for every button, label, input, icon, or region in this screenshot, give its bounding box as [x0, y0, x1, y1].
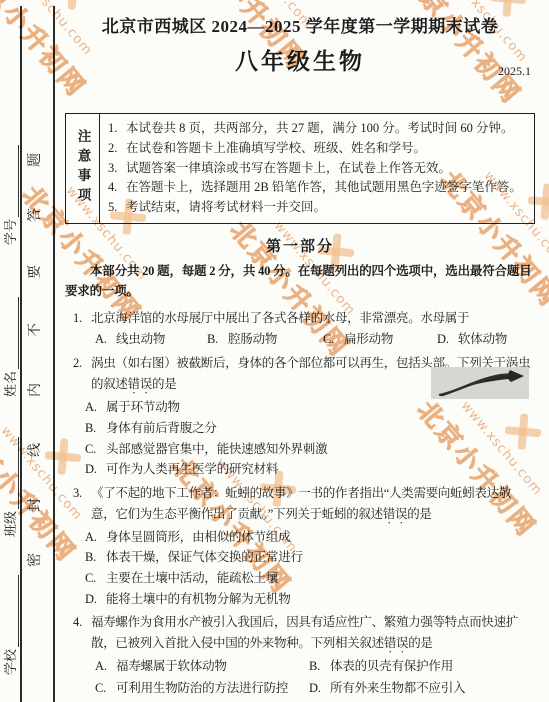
option-text: 主要在土壤中活动，能疏松土壤	[106, 571, 278, 585]
seal-label-school: 学校	[1, 525, 19, 675]
question-text-segment: 《了不起的地下工作者：蚯蚓的故事》一书的作者指出“人类需要向蚯蚓表达敬意，它们为…	[91, 486, 511, 521]
seal-char: 封	[27, 496, 45, 514]
option-d: D.软体动物	[437, 329, 535, 351]
option-text: 福寿螺属于软体动物	[116, 659, 227, 673]
question-text-segment: 北京海洋馆的水母展厅中展出了各式各样的水母，非常漂亮。水母属于	[91, 311, 469, 325]
subject-title: 八年级生物	[65, 43, 535, 76]
question-text: 4.福寿螺作为食用水产被引入我国后，因具有适应性广、繁殖力强等特点而快速扩散，已…	[65, 612, 535, 656]
seal-label-text: 学校	[0, 649, 19, 675]
option-label: D.	[309, 678, 326, 700]
option-text: 身体呈圆筒形，由相似的体节组成	[106, 530, 291, 544]
seal-char: 线	[27, 441, 45, 459]
question-text: 3.《了不起的地下工作者：蚯蚓的故事》一书的作者指出“人类需要向蚯蚓表达敬意，它…	[65, 483, 535, 527]
notice-item-5: 5.考试结束，请将考试材料一并交回。	[108, 198, 530, 218]
option-label: A.	[95, 656, 112, 678]
question-2: 2.涡虫（如右图）被截断后，身体的各个部位都可以再生，包括头部。下列关于涡虫的叙…	[65, 353, 535, 479]
seal-label-text: 姓名	[0, 371, 19, 397]
emphasized-text: 错误	[128, 377, 152, 391]
option-a: A.线虫动物	[95, 329, 207, 351]
question-4: 4.福寿螺作为食用水产被引入我国后，因具有适应性广、繁殖力强等特点而快速扩散，已…	[65, 612, 535, 699]
notice-item-3: 3.试题答案一律填涂或书写在答题卡上，在试卷上作答无效。	[108, 159, 530, 179]
option-text: 所有外来生物都不应引入	[330, 681, 465, 695]
option-text: 腔肠动物	[228, 332, 277, 346]
seal-label-student-id: 学号	[1, 95, 19, 245]
notice-header-label: 注意事项	[73, 129, 93, 207]
option-b: B.腔肠动物	[207, 329, 323, 351]
question-text-segment: 的是	[407, 507, 431, 521]
option-b: B.体表的贝壳有保护作用	[309, 656, 535, 678]
notice-item-text: 本试卷共 8 页，共两部分，共 27 题，满分 100 分。考试时间 60 分钟…	[126, 119, 514, 139]
question-number: 3.	[73, 483, 91, 504]
option-text: 可利用生物防治的方法进行防控	[116, 681, 288, 695]
options-2: A.属于环节动物B.身体有前后背腹之分C.头部感觉器官集中，能快速感知外界刺激D…	[65, 397, 535, 479]
question-list: 1.北京海洋馆的水母展厅中展出了各式各样的水母，非常漂亮。水母属于A.线虫动物B…	[65, 308, 535, 699]
notice-item-text: 在试卷和答题卡上准确填写学校、班级、姓名和学号。	[126, 139, 426, 159]
option-a: A.身体呈圆筒形，由相似的体节组成	[85, 527, 535, 548]
option-text: 软体动物	[458, 332, 507, 346]
option-text: 线虫动物	[116, 332, 165, 346]
seal-label-class: 班级	[1, 387, 19, 537]
option-label: B.	[85, 547, 102, 568]
fill-in-blank	[4, 297, 19, 369]
options-1: A.线虫动物B.腔肠动物C.扁形动物D.软体动物	[65, 329, 535, 351]
option-a: A.属于环节动物	[85, 397, 535, 418]
emphasized-text: 错误	[383, 507, 407, 521]
option-text: 扁形动物	[344, 332, 393, 346]
fill-in-blank	[4, 575, 19, 647]
option-label: C.	[95, 678, 112, 700]
option-text: 可作为人类再生医学的研究材料	[106, 462, 278, 476]
fill-in-blank	[4, 145, 19, 217]
question-text-segment: 福寿螺作为食用水产被引入我国后，因具有适应性广、繁殖力强等特点而快速扩散，已被列…	[91, 615, 518, 650]
notice-item-text: 试题答案一律填涂或书写在答题卡上，在试卷上作答无效。	[126, 159, 451, 179]
option-d: D.可作为人类再生医学的研究材料	[85, 459, 535, 480]
emphasized-text: 错误	[384, 636, 408, 650]
option-label: D.	[85, 459, 102, 480]
question-text-segment: 的是	[408, 636, 432, 650]
option-label: B.	[85, 418, 102, 439]
option-a: A.福寿螺属于软体动物	[95, 656, 309, 678]
seal-char: 密	[27, 551, 45, 569]
notice-item-number: 5.	[108, 198, 126, 218]
seal-label-text: 学号	[0, 219, 19, 245]
option-text: 身体有前后背腹之分	[106, 421, 217, 435]
option-label: D.	[85, 589, 102, 610]
exam-paper-page: 学校班级姓名学号 题答要不内线封密 北京市西城区 2024—2025 学年度第一…	[0, 0, 549, 702]
question-text-segment: 的是	[152, 377, 176, 391]
seal-label-name: 姓名	[1, 247, 19, 397]
option-c: C.扁形动物	[323, 329, 437, 351]
option-label: B.	[309, 656, 326, 678]
option-text: 属于环节动物	[106, 400, 180, 414]
option-text: 体表干燥，保证气体交换的正常进行	[106, 550, 303, 564]
option-label: C.	[323, 329, 340, 351]
exam-date: 2025.1	[498, 64, 531, 79]
planarian-photo	[431, 367, 529, 399]
question-3: 3.《了不起的地下工作者：蚯蚓的故事》一书的作者指出“人类需要向蚯蚓表达敬意，它…	[65, 483, 535, 609]
seal-char: 内	[27, 381, 45, 399]
notice-header: 注意事项	[66, 114, 100, 223]
option-label: C.	[85, 439, 102, 460]
option-label: D.	[437, 329, 454, 351]
notice-item-text: 在答题卡上，选择题用 2B 铅笔作答，其他试题用黑色字迹签字笔作答。	[126, 178, 522, 198]
option-c: C.可利用生物防治的方法进行防控	[95, 678, 309, 700]
notice-item-number: 1.	[108, 119, 126, 139]
subject-row: 八年级生物 2025.1	[65, 43, 535, 79]
question-1: 1.北京海洋馆的水母展厅中展出了各式各样的水母，非常漂亮。水母属于A.线虫动物B…	[65, 308, 535, 351]
seal-char: 答	[27, 206, 45, 224]
option-text: 能将土壤中的有机物分解为无机物	[106, 592, 291, 606]
seal-line	[20, 6, 22, 702]
option-label: A.	[95, 329, 112, 351]
option-label: C.	[85, 568, 102, 589]
seal-label-text: 班级	[0, 511, 19, 537]
option-c: C.主要在土壤中活动，能疏松土壤	[85, 568, 535, 589]
question-number: 1.	[73, 308, 91, 329]
seal-line	[53, 6, 55, 702]
question-number: 2.	[73, 353, 91, 374]
seal-char: 题	[27, 151, 45, 169]
option-label: B.	[207, 329, 224, 351]
options-4: A.福寿螺属于软体动物B.体表的贝壳有保护作用C.可利用生物防治的方法进行防控D…	[65, 656, 535, 699]
part1-intro: 本部分共 20 题，每题 2 分，共 40 分。在每题列出的四个选项中，选出最符…	[65, 261, 535, 301]
notice-item-number: 2.	[108, 139, 126, 159]
notice-box: 注意事项 1.本试卷共 8 页，共两部分，共 27 题，满分 100 分。考试时…	[65, 113, 535, 224]
notice-item-text: 考试结束，请将考试材料一并交回。	[126, 198, 326, 218]
option-d: D.能将土壤中的有机物分解为无机物	[85, 589, 535, 610]
options-3: A.身体呈圆筒形，由相似的体节组成B.体表干燥，保证气体交换的正常进行C.主要在…	[65, 527, 535, 609]
option-b: B.体表干燥，保证气体交换的正常进行	[85, 547, 535, 568]
paper-content: 北京市西城区 2024—2025 学年度第一学期期末试卷 八年级生物 2025.…	[65, 0, 535, 699]
option-c: C.头部感觉器官集中，能快速感知外界刺激	[85, 439, 535, 460]
seal-char: 不	[27, 321, 45, 339]
seal-char: 要	[27, 263, 45, 281]
notice-item-4: 4.在答题卡上，选择题用 2B 铅笔作答，其他试题用黑色字迹签字笔作答。	[108, 178, 530, 198]
option-b: B.身体有前后背腹之分	[85, 418, 535, 439]
notice-items: 1.本试卷共 8 页，共两部分，共 27 题，满分 100 分。考试时间 60 …	[100, 114, 534, 223]
question-number: 4.	[73, 612, 91, 633]
option-text: 体表的贝壳有保护作用	[330, 659, 453, 673]
notice-item-1: 1.本试卷共 8 页，共两部分，共 27 题，满分 100 分。考试时间 60 …	[108, 119, 530, 139]
part1-heading: 第一部分	[65, 235, 535, 256]
option-label: A.	[85, 527, 102, 548]
option-label: A.	[85, 397, 102, 418]
option-text: 头部感觉器官集中，能快速感知外界刺激	[106, 442, 327, 456]
option-d: D.所有外来生物都不应引入	[309, 678, 535, 700]
notice-item-number: 3.	[108, 159, 126, 179]
fill-in-blank	[4, 437, 19, 509]
notice-item-number: 4.	[108, 178, 126, 198]
question-text: 1.北京海洋馆的水母展厅中展出了各式各样的水母，非常漂亮。水母属于	[65, 308, 535, 329]
notice-item-2: 2.在试卷和答题卡上准确填写学校、班级、姓名和学号。	[108, 139, 530, 159]
paper-title: 北京市西城区 2024—2025 学年度第一学期期末试卷	[65, 12, 535, 37]
